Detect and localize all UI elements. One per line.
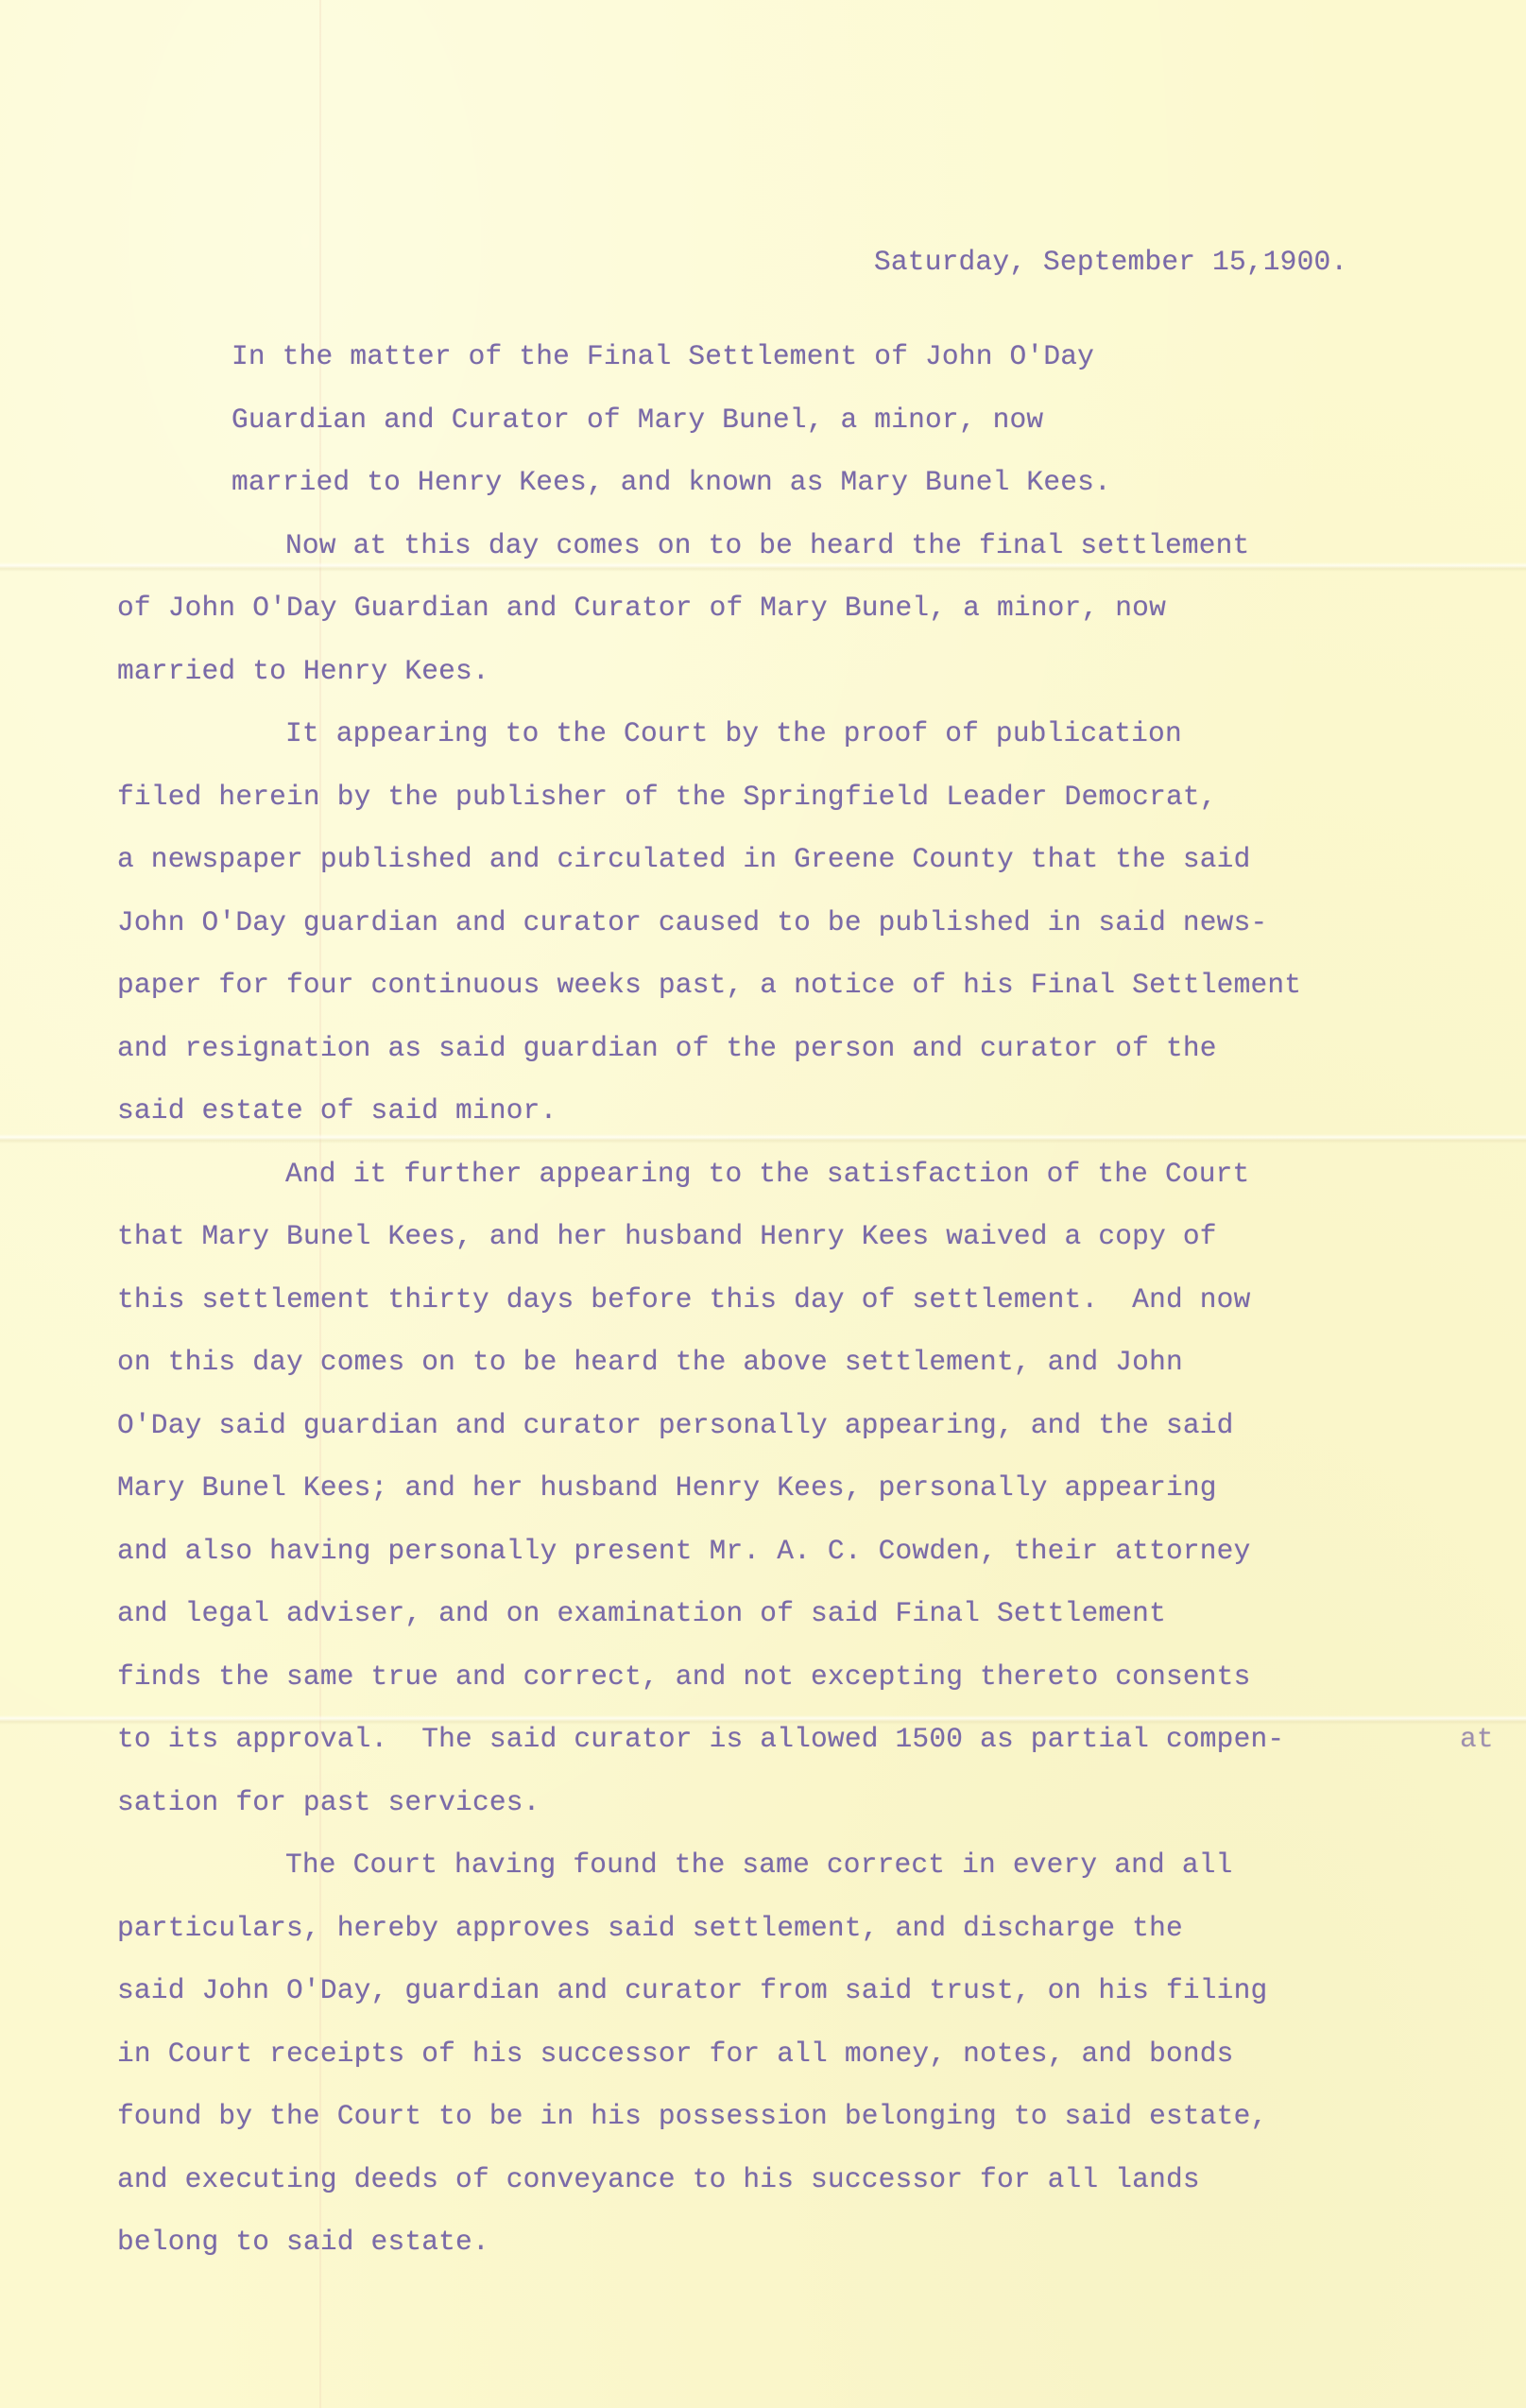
body-line: on this day comes on to be heard the abo… [117,1349,1183,1377]
body-line: and executing deeds of conveyance to his… [117,2166,1200,2194]
body-line: The Court having found the same correct … [285,1851,1233,1880]
body-line: filed herein by the publisher of the Spr… [117,783,1217,812]
body-line: married to Henry Kees. [117,658,489,686]
body-line: said estate of said minor. [117,1097,557,1126]
body-line: belong to said estate. [117,2228,489,2257]
body-line: and resignation as said guardian of the … [117,1035,1217,1063]
body-line: said John O'Day, guardian and curator fr… [117,1977,1267,2005]
body-line: to its approval. The said curator is all… [117,1726,1284,1754]
paper-fold-crease [0,1134,1526,1144]
body-line: paper for four continuous weeks past, a … [117,972,1301,1000]
body-line: found by the Court to be in his possessi… [117,2103,1267,2131]
body-line: O'Day said guardian and curator personal… [117,1412,1234,1440]
body-line: Mary Bunel Kees; and her husband Henry K… [117,1474,1217,1503]
body-line: this settlement thirty days before this … [117,1286,1251,1315]
body-line: in Court receipts of his successor for a… [117,2040,1234,2069]
body-line: a newspaper published and circulated in … [117,846,1251,874]
caption-line: In the matter of the Final Settlement of… [231,343,1094,371]
overstrike-fragment: at [1460,1726,1494,1754]
caption-line: married to Henry Kees, and known as Mary… [231,469,1111,497]
document-date: Saturday, September 15,1900. [874,249,1347,277]
body-line: finds the same true and correct, and not… [117,1663,1251,1692]
body-line: and also having personally present Mr. A… [117,1538,1251,1566]
body-line: and legal adviser, and on examination of… [117,1600,1166,1628]
body-line: And it further appearing to the satisfac… [285,1161,1249,1189]
body-line: John O'Day guardian and curator caused t… [117,909,1267,937]
caption-line: Guardian and Curator of Mary Bunel, a mi… [231,406,1043,435]
body-line: sation for past services. [117,1789,540,1817]
paper-fold-crease [0,562,1526,572]
body-line: Now at this day comes on to be heard the… [285,532,1249,560]
body-line: particulars, hereby approves said settle… [117,1915,1183,1943]
body-line: that Mary Bunel Kees, and her husband He… [117,1223,1217,1251]
document-page: Saturday, September 15,1900. In the matt… [0,0,1526,2408]
body-line: It appearing to the Court by the proof o… [285,720,1182,748]
body-line: of John O'Day Guardian and Curator of Ma… [117,594,1166,623]
